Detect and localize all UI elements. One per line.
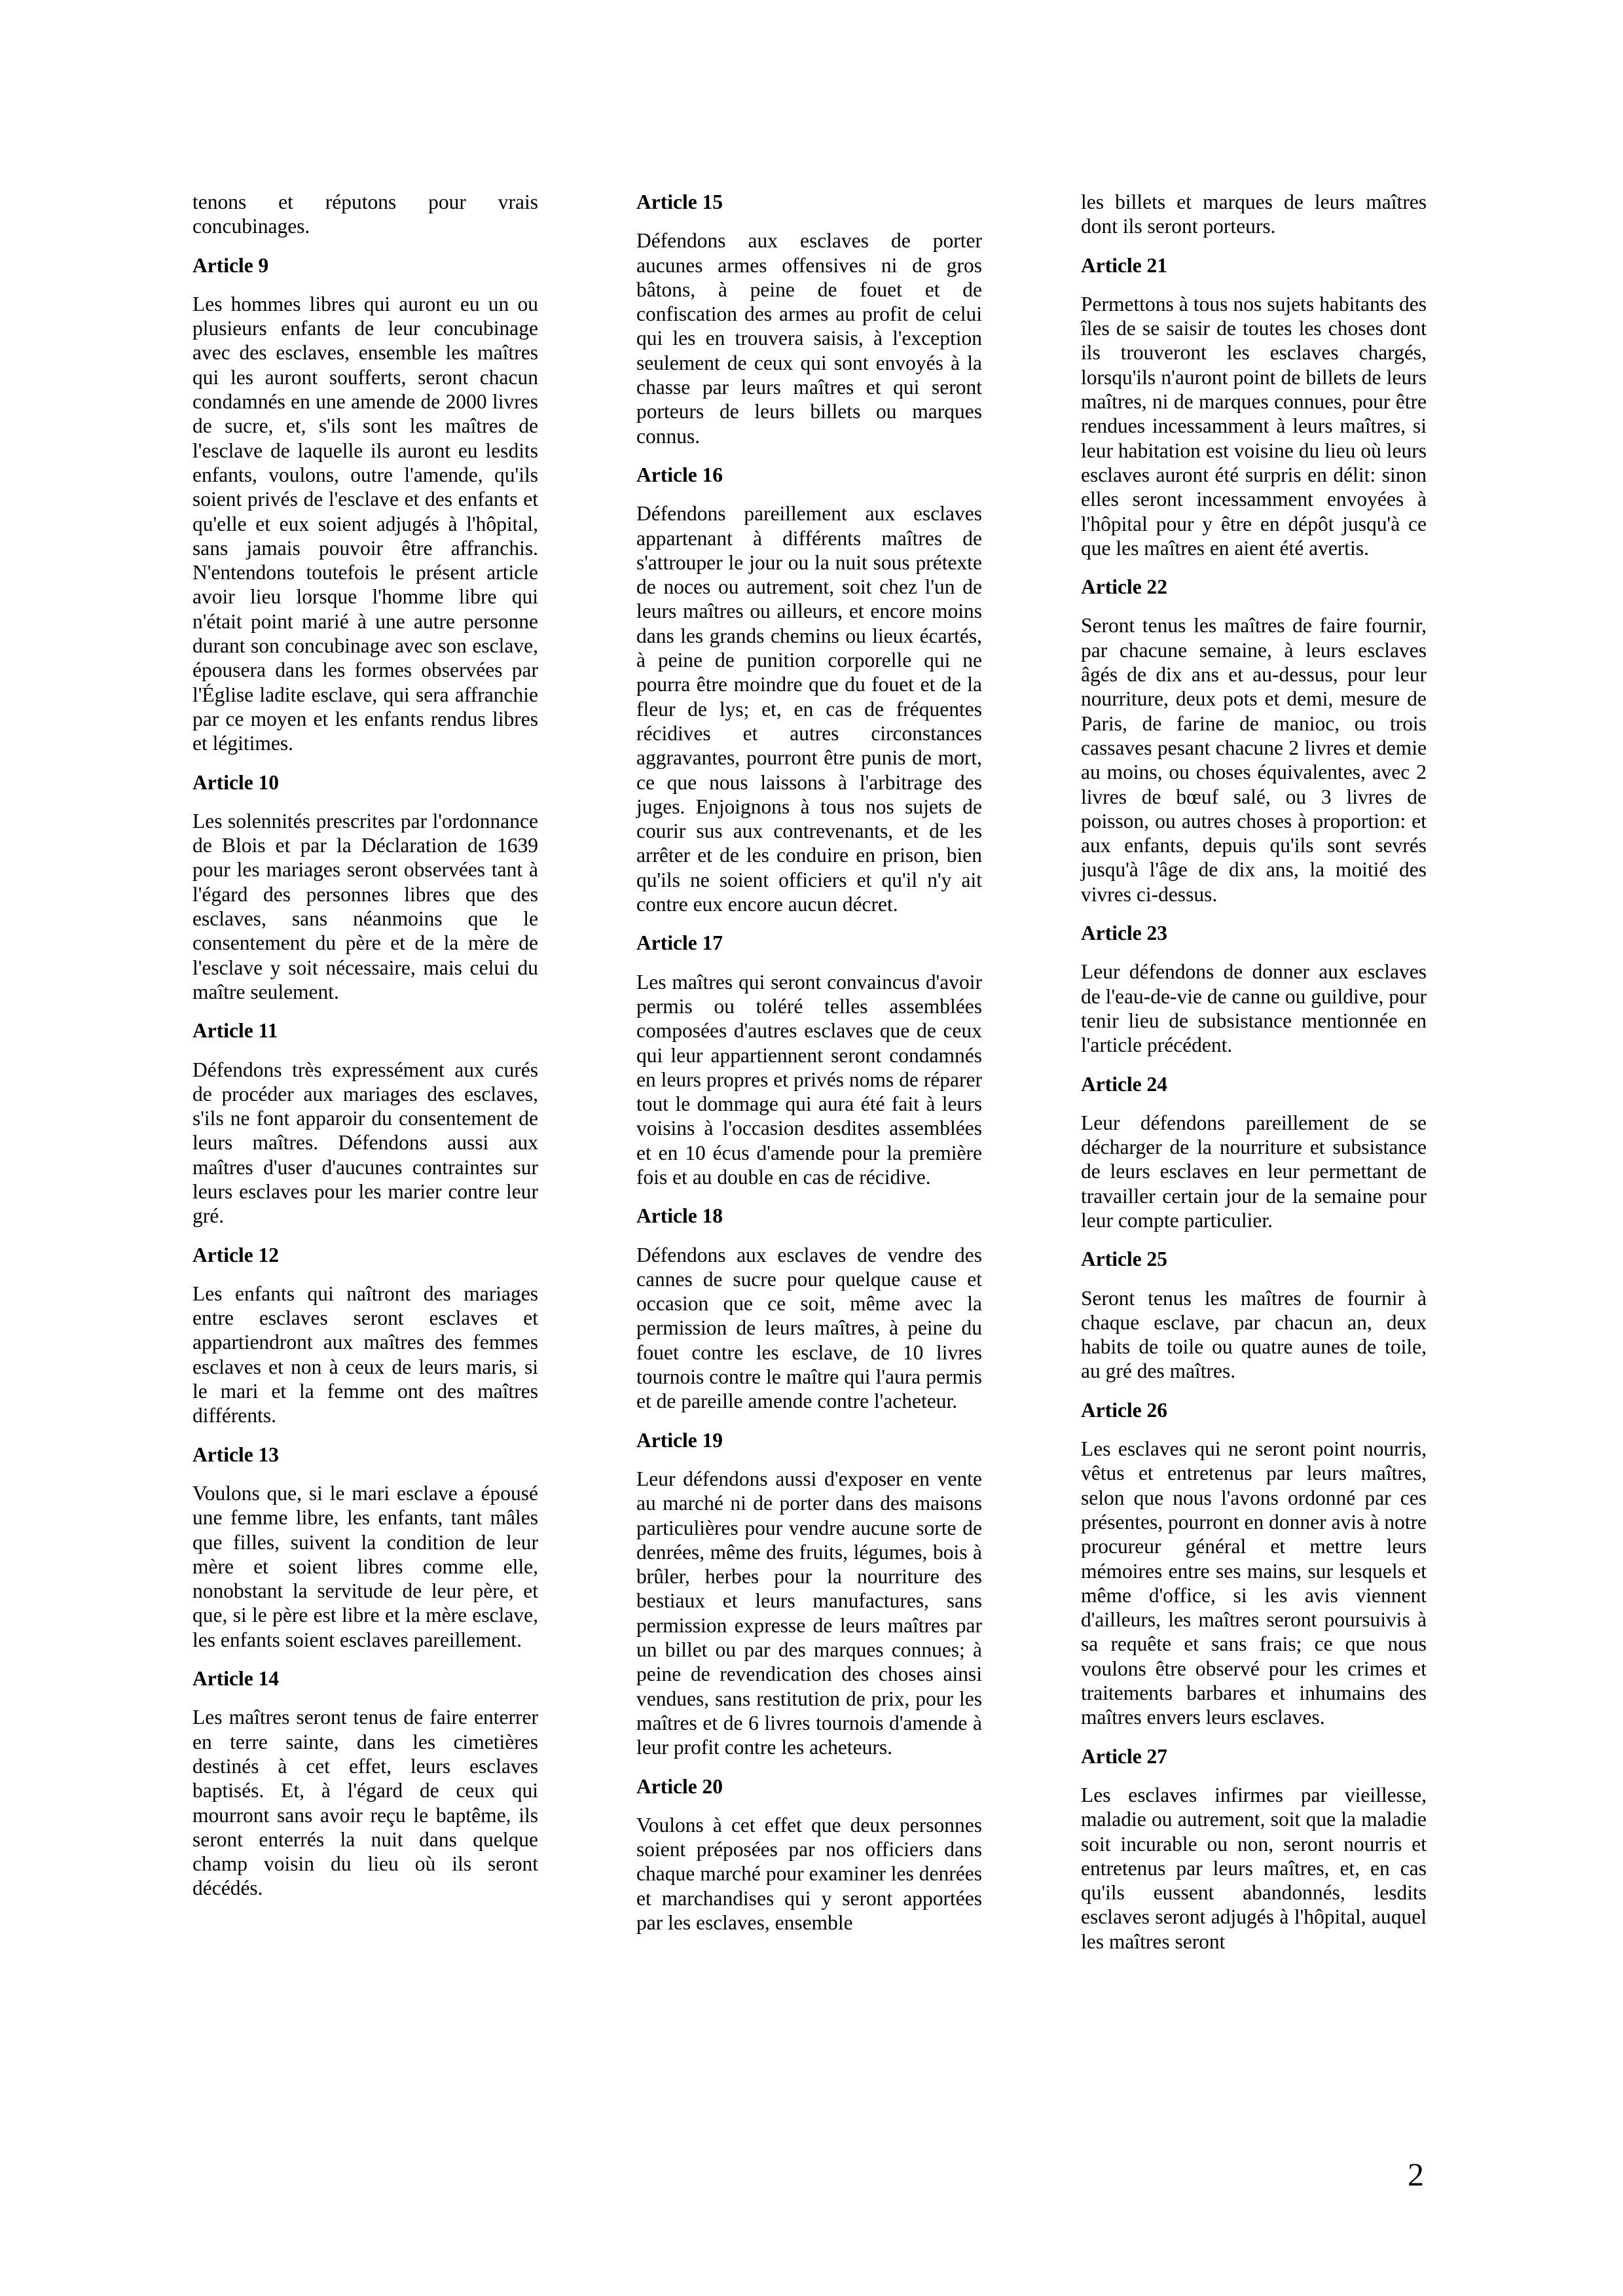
article-body-27: Les esclaves infirmes par vieillesse, ma…: [1081, 1783, 1427, 1954]
article-body-23: Leur défendons de donner aux esclaves de…: [1081, 960, 1427, 1057]
article-body-24: Leur défendons pareillement de se déchar…: [1081, 1111, 1427, 1232]
article-body-12: Les enfants qui naîtront des mariages en…: [192, 1282, 538, 1428]
text-column-3: les billets et marques de leurs maîtres …: [1081, 190, 1427, 1968]
article-heading-18: Article 18: [636, 1204, 982, 1228]
article-heading-22: Article 22: [1081, 575, 1427, 599]
article-heading-11: Article 11: [192, 1018, 538, 1043]
article-heading-26: Article 26: [1081, 1398, 1427, 1422]
article-body-25: Seront tenus les maîtres de fournir à ch…: [1081, 1286, 1427, 1384]
article-body-11: Défendons très expressément aux curés de…: [192, 1058, 538, 1229]
page-number: 2: [1408, 2155, 1424, 2194]
article-body-19: Leur défendons aussi d'exposer en vente …: [636, 1467, 982, 1760]
article-body-21: Permettons à tous nos sujets habitants d…: [1081, 292, 1427, 560]
article-heading-10: Article 10: [192, 770, 538, 795]
article-heading-17: Article 17: [636, 931, 982, 955]
article-heading-13: Article 13: [192, 1443, 538, 1467]
article-heading-9: Article 9: [192, 253, 538, 278]
article-body-20: Voulons à cet effet que deux personnes s…: [636, 1813, 982, 1935]
article-heading-23: Article 23: [1081, 921, 1427, 945]
article-body-22: Seront tenus les maîtres de faire fourni…: [1081, 613, 1427, 906]
article-heading-25: Article 25: [1081, 1247, 1427, 1271]
text-column-1: tenons et réputons pour vrais concubinag…: [192, 190, 538, 1915]
article-heading-27: Article 27: [1081, 1744, 1427, 1768]
article-body-16: Défendons pareillement aux esclaves appa…: [636, 501, 982, 916]
article-heading-20: Article 20: [636, 1774, 982, 1799]
paragraph-continuation: tenons et réputons pour vrais concubinag…: [192, 190, 538, 239]
article-body-26: Les esclaves qui ne seront point nourris…: [1081, 1437, 1427, 1730]
article-body-15: Défendons aux esclaves de porter aucunes…: [636, 228, 982, 448]
article-heading-16: Article 16: [636, 463, 982, 487]
article-heading-15: Article 15: [636, 190, 982, 214]
article-body-18: Défendons aux esclaves de vendre des can…: [636, 1243, 982, 1414]
article-heading-21: Article 21: [1081, 253, 1427, 278]
article-body-9: Les hommes libres qui auront eu un ou pl…: [192, 292, 538, 756]
article-heading-14: Article 14: [192, 1666, 538, 1691]
article-body-10: Les solennités prescrites par l'ordonnan…: [192, 809, 538, 1004]
article-body-17: Les maîtres qui seront convaincus d'avoi…: [636, 970, 982, 1190]
article-heading-12: Article 12: [192, 1243, 538, 1267]
article-body-13: Voulons que, si le mari esclave a épousé…: [192, 1481, 538, 1652]
document-page: tenons et réputons pour vrais concubinag…: [0, 0, 1623, 2296]
paragraph-continuation: les billets et marques de leurs maîtres …: [1081, 190, 1427, 239]
text-column-2: Article 15 Défendons aux esclaves de por…: [636, 190, 982, 1949]
article-heading-24: Article 24: [1081, 1072, 1427, 1096]
article-heading-19: Article 19: [636, 1428, 982, 1452]
article-body-14: Les maîtres seront tenus de faire enterr…: [192, 1705, 538, 1900]
